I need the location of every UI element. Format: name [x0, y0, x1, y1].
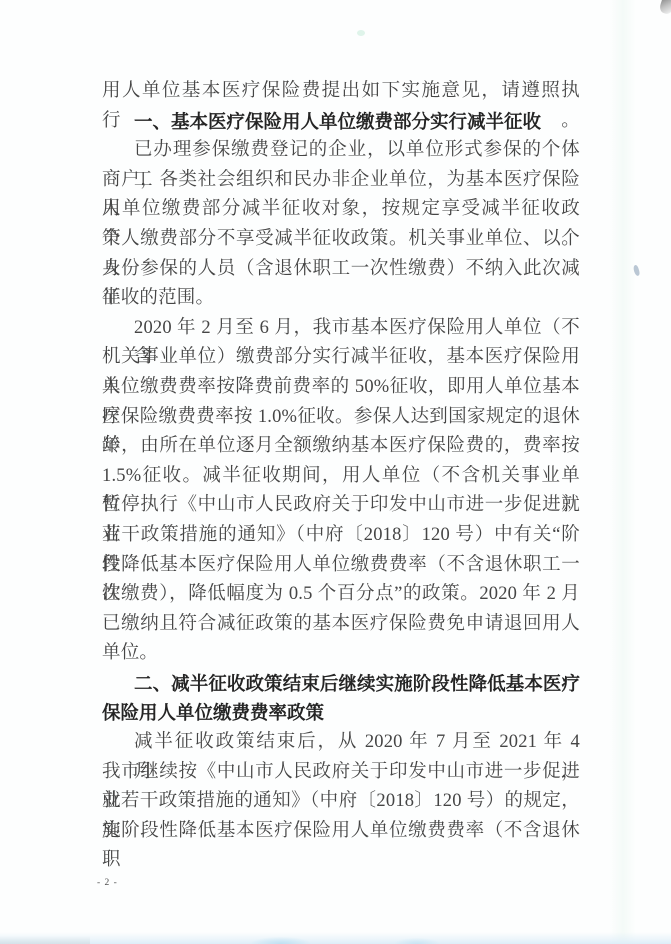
- text-line: 性降低基本医疗保险用人单位缴费费率（不含退休职工一次: [102, 551, 580, 581]
- text-line: 征收的范围。: [102, 284, 580, 314]
- scan-smudge-top-right: [658, 0, 671, 16]
- scan-bottom-blue-blob: [252, 937, 310, 944]
- text-line: 已办理参保缴费登记的企业，以单位形式参保的个体工: [102, 136, 580, 166]
- text-line: 1.5%征收。减半征收期间，用人单位（不含机关事业单位）: [102, 462, 580, 492]
- text-line: 性缴费），降低幅度为 0.5 个百分点”的政策。2020 年 2 月: [102, 580, 580, 610]
- text-line: 个人缴费部分不享受减半征收政策。机关事业单位、以个人: [102, 225, 580, 255]
- text-line: 施阶段性降低基本医疗保险用人单位缴费费率（不含退休职: [102, 817, 580, 847]
- text-line: 机关事业单位）缴费部分实行减半征收，基本医疗保险用人: [102, 343, 580, 373]
- text-line: 已缴纳且符合减征政策的基本医疗保险费免申请退回用人: [102, 610, 580, 640]
- scan-corner-shade: [0, 936, 90, 944]
- text-line: 暂停执行《中山市人民政府关于印发中山市进一步促进就业: [102, 491, 580, 521]
- scan-bottom-edge-band: [0, 932, 671, 944]
- heading-line: 保险用人单位缴费费率政策: [102, 698, 580, 728]
- scan-speck-mint: [357, 30, 365, 36]
- scan-speck-right-margin: [632, 264, 640, 276]
- text-line: 单位。: [102, 639, 580, 669]
- text-line: 疗保险缴费费率按 1.0%征收。参保人达到国家规定的退休年: [102, 403, 580, 433]
- text-line: 身份参保的人员（含退休职工一次性缴费）不纳入此次减半: [102, 255, 580, 285]
- heading-line: 二、减半征收政策结束后继续实施阶段性降低基本医疗: [102, 669, 580, 699]
- text-line: 用人单位基本医疗保险费提出如下实施意见，请遵照执行。: [102, 77, 580, 107]
- text-line: 业若干政策措施的通知》（中府〔2018〕120 号）的规定，实: [102, 787, 580, 817]
- scan-bottom-blue-blob-2: [395, 938, 439, 944]
- text-line: 减半征收政策结束后，从 2020 年 7 月至 2021 年 4 月，: [102, 728, 580, 758]
- text-line: 我市继续按《中山市人民政府关于印发中山市进一步促进就: [102, 758, 580, 788]
- text-line: 人单位缴费部分减半征收对象，按规定享受减半征收政策。: [102, 195, 580, 225]
- page-number: - 2 -: [97, 878, 118, 888]
- text-line: 商户，各类社会组织和民办非企业单位，为基本医疗保险用: [102, 166, 580, 196]
- scan-edge-tint: [610, 0, 636, 944]
- scanned-document-page: 用人单位基本医疗保险费提出如下实施意见，请遵照执行。一、基本医疗保险用人单位缴费…: [0, 0, 671, 944]
- text-line: 龄，由所在单位逐月全额缴纳基本医疗保险费的，费率按: [102, 432, 580, 462]
- text-line: 单位缴费费率按降费前费率的 50%征收，即用人单位基本医: [102, 373, 580, 403]
- text-line: 2020 年 2 月至 6 月，我市基本医疗保险用人单位（不含: [102, 314, 580, 344]
- text-line: 若干政策措施的通知》（中府〔2018〕120 号）中有关“阶段: [102, 521, 580, 551]
- heading-line: 一、基本医疗保险用人单位缴费部分实行减半征收: [102, 107, 580, 137]
- document-lines: 用人单位基本医疗保险费提出如下实施意见，请遵照执行。一、基本医疗保险用人单位缴费…: [102, 77, 580, 846]
